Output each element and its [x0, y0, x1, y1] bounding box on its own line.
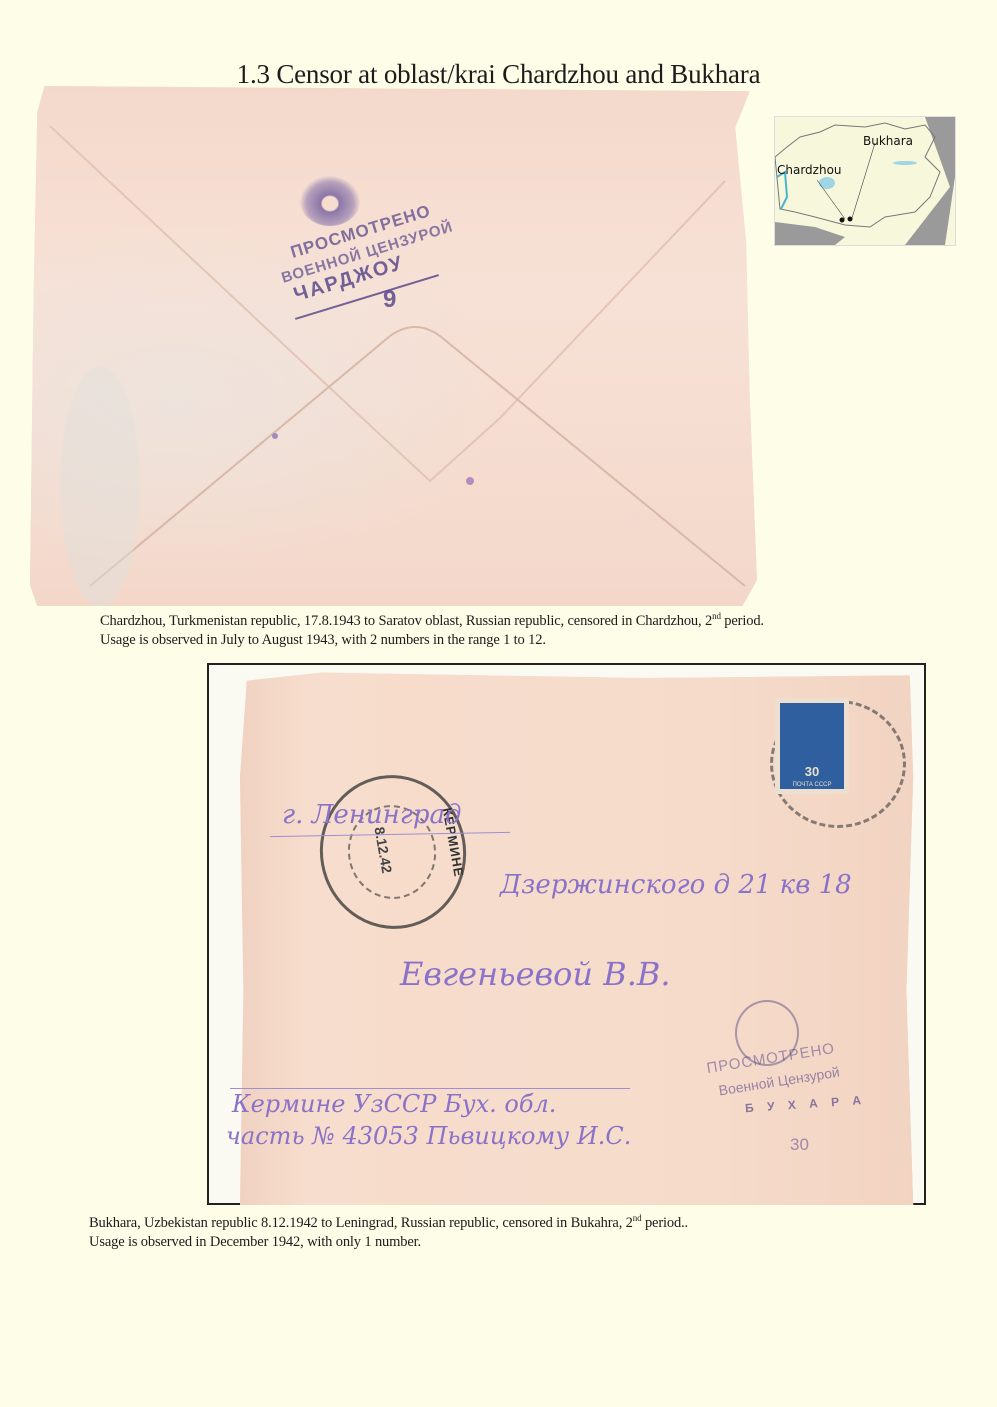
cover-2-caption-line-2: Usage is observed in December 1942, with… [89, 1234, 421, 1250]
cover-1-caption-line-2: Usage is observed in July to August 1943… [100, 632, 546, 648]
region-map: Bukhara Chardzhou [774, 116, 956, 246]
cover-1-envelope-back [30, 86, 757, 606]
address-line-street: Дзержинского д 21 кв 18 [500, 870, 852, 900]
map-label-chardzhou: Chardzhou [777, 163, 842, 177]
envelope-flap-lines [30, 86, 757, 606]
cover-2-caption: Bukhara, Uzbekistan republic 8.12.1942 t… [89, 1214, 688, 1252]
page-title: 1.3 Censor at oblast/krai Chardzhou and … [0, 58, 997, 90]
address-line-recipient: Евгеньевой В.В. [400, 955, 671, 993]
cover-2-caption-line-1: Bukhara, Uzbekistan republic 8.12.1942 t… [89, 1215, 688, 1231]
postage-stamp-30-kop: 30 ПОЧТА СССР [780, 703, 844, 789]
censor-mark-2-number: 30 [790, 1135, 809, 1155]
address-line-city: г. Ленинград [282, 800, 462, 830]
map-label-bukhara: Bukhara [863, 134, 913, 148]
sender-line-2: часть № 43053 Пьвицкому И.С. [226, 1122, 631, 1150]
censor-mark-number: 9 [383, 286, 396, 314]
sender-line-1: Кермине УзССР Бух. обл. [232, 1090, 556, 1118]
sender-rule [230, 1088, 630, 1089]
cover-1-caption: Chardzhou, Turkmenistan republic, 17.8.1… [100, 612, 764, 650]
coat-of-arms-stamp [300, 176, 360, 226]
cover-1-caption-line-1: Chardzhou, Turkmenistan republic, 17.8.1… [100, 613, 764, 629]
